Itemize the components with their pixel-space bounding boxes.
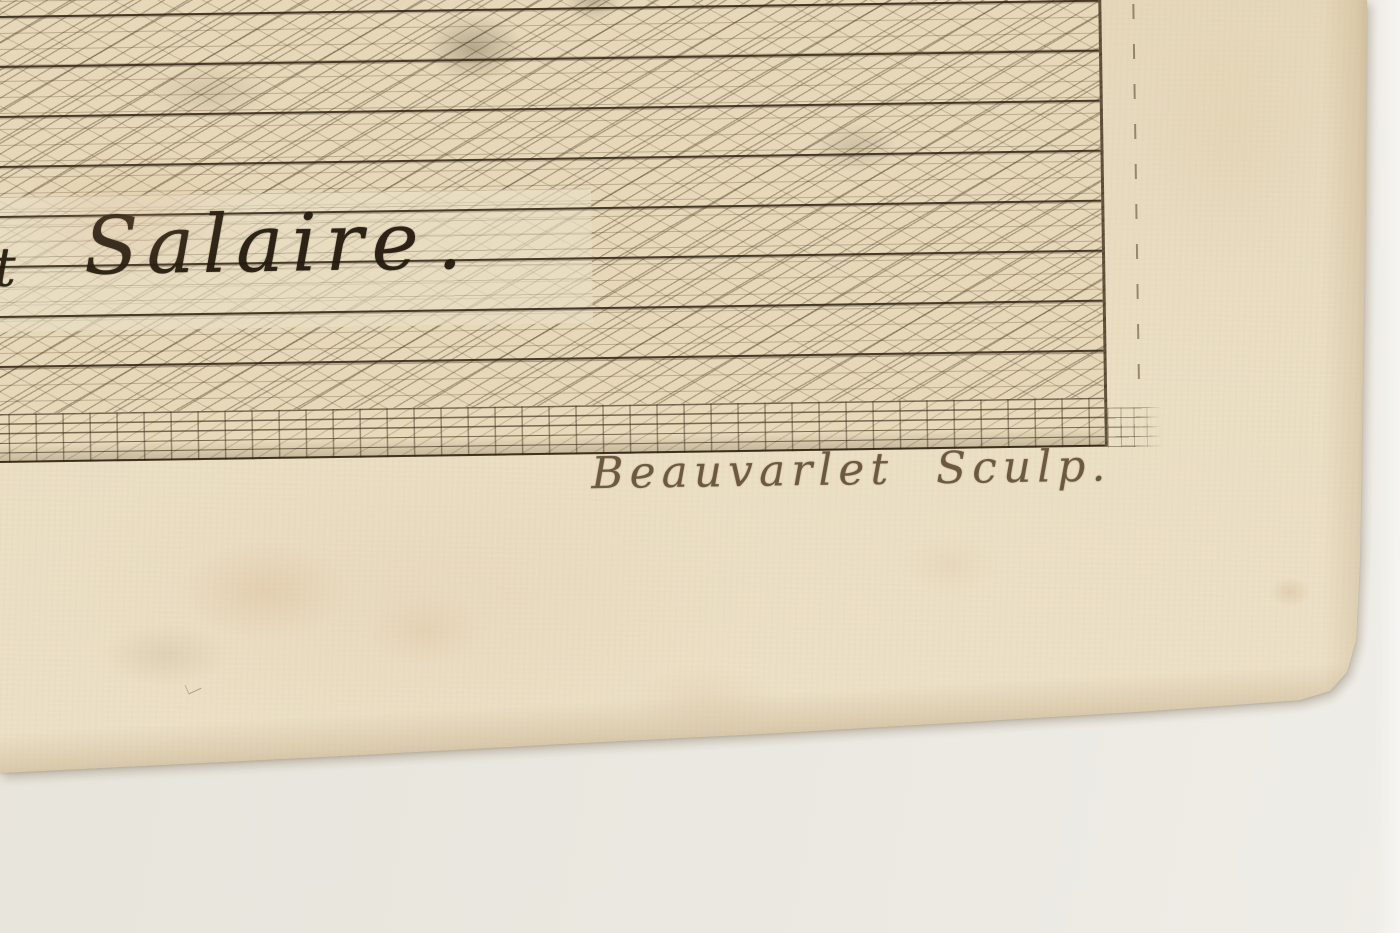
engraver-signature: Beauvarlet Sculp. [591, 445, 1112, 497]
caption-text: Salaire. [83, 201, 463, 287]
paper-shadow-wrap: t Salaire. Beauvarlet Sculp. [0, 0, 1400, 933]
paper-sheet: t Salaire. Beauvarlet Sculp. [0, 0, 1372, 933]
caption-fragment: t [0, 241, 16, 295]
paper-bottom-edge-shade [0, 625, 1372, 795]
caption-word: Salaire [83, 195, 427, 293]
engraved-plate: t Salaire. Beauvarlet Sculp. [0, 0, 1205, 464]
photo-of-engraving: t Salaire. Beauvarlet Sculp. [0, 0, 1400, 933]
caption-period: . [436, 194, 463, 287]
plate-mark-dashed-line [1131, 0, 1141, 404]
grid-band-extension [1107, 407, 1162, 448]
paper-right-edge-shade [1322, 0, 1372, 710]
